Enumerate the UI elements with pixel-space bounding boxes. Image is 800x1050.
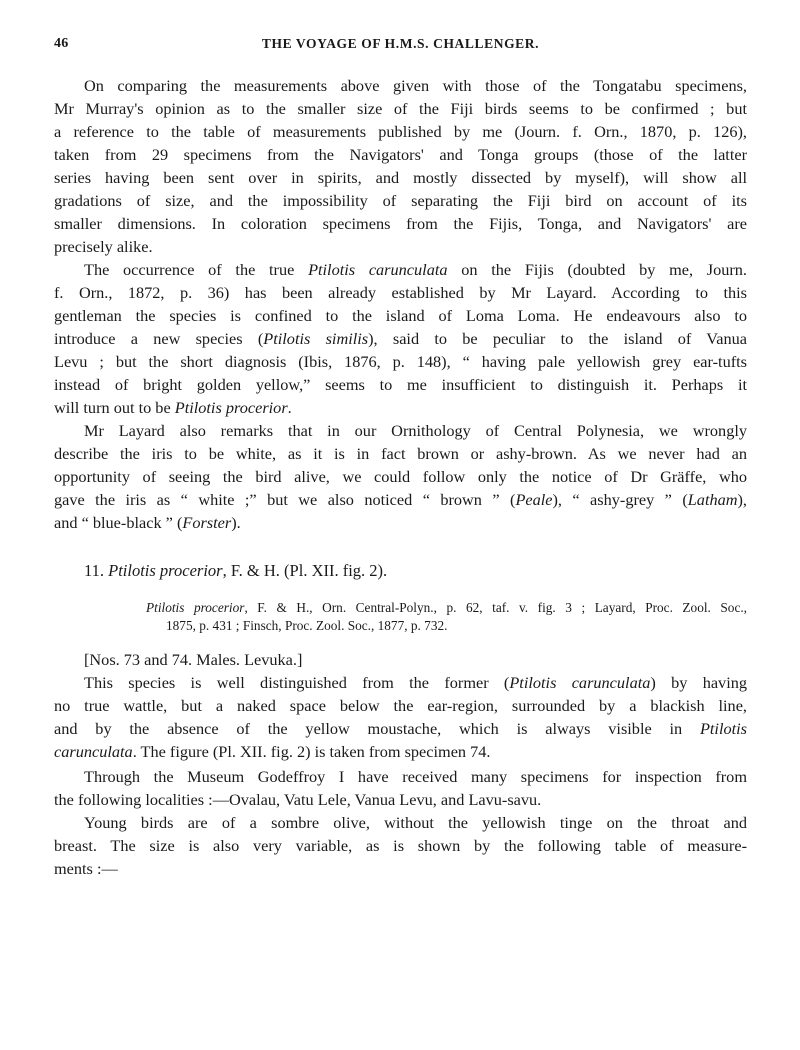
species-name: Ptilotis procerior	[146, 600, 244, 615]
author-name: Forster	[182, 513, 231, 532]
text-line: series having been sent over in spirits,…	[54, 168, 747, 188]
text-line: gave the iris as “ white ;” but we also …	[54, 490, 747, 510]
text-line: a reference to the table of measurements…	[54, 122, 747, 142]
text-run: gave the iris as “ white ;” but we also …	[54, 490, 515, 509]
text-line: gentleman the species is confined to the…	[54, 306, 747, 326]
text-line: Through the Museum Godeffroy I have rece…	[84, 767, 747, 787]
text-line: taken from 29 specimens from the Navigat…	[54, 145, 747, 165]
text-line: describe the iris to be white, as it is …	[54, 444, 747, 464]
text-line: gradations of size, and the impossibilit…	[54, 191, 747, 211]
text-line: This species is well distinguished from …	[84, 673, 747, 693]
text-run: ),	[738, 490, 748, 509]
text-run: introduce a new species (	[54, 329, 263, 348]
text-line: The occurrence of the true Ptilotis caru…	[84, 260, 747, 280]
text-run: will turn out to be	[54, 398, 175, 417]
species-name: carunculata	[54, 742, 133, 761]
text-line: precisely alike.	[54, 237, 747, 257]
text-line: no true wattle, but a naked space below …	[54, 696, 747, 716]
specimens-note: [Nos. 73 and 74. Males. Levuka.]	[84, 650, 302, 670]
text-run: ).	[231, 513, 241, 532]
text-line: Mr Murray's opinion as to the smaller si…	[54, 99, 747, 119]
running-head: 46 THE VOYAGE OF H.M.S. CHALLENGER.	[54, 36, 747, 56]
text-line: introduce a new species (Ptilotis simili…	[54, 329, 747, 349]
text-line: and “ blue-black ” (Forster).	[54, 513, 747, 533]
text-line: On comparing the measurements above give…	[84, 76, 747, 96]
text-line: ments :—	[54, 859, 747, 879]
text-line: f. Orn., 1872, p. 36) has been already e…	[54, 283, 747, 303]
text-run: on the Fijis (doubted by me, Journ.	[448, 260, 748, 279]
text-line: opportunity of seeing the bird alive, we…	[54, 467, 747, 487]
text-line: Levu ; but the short diagnosis (Ibis, 18…	[54, 352, 747, 372]
text-line: will turn out to be Ptilotis procerior.	[54, 398, 747, 418]
text-run: , F. & H., Orn. Central-Polyn., p. 62, t…	[244, 600, 747, 615]
author-name: Peale	[515, 490, 552, 509]
species-name: Ptilotis carunculata	[509, 673, 650, 692]
species-authority: , F. & H. (Pl. XII. fig. 2).	[223, 561, 388, 580]
species-name: Ptilotis procerior	[108, 561, 222, 580]
species-name: Ptilotis similis	[263, 329, 368, 348]
running-title: THE VOYAGE OF H.M.S. CHALLENGER.	[54, 36, 747, 52]
author-name: Latham	[688, 490, 738, 509]
species-name: Ptilotis	[700, 719, 747, 738]
text-line: the following localities :—Ovalau, Vatu …	[54, 790, 747, 810]
species-heading: 11. Ptilotis procerior, F. & H. (Pl. XII…	[84, 561, 387, 581]
text-run: This species is well distinguished from …	[84, 673, 509, 692]
text-run: . The figure (Pl. XII. fig. 2) is taken …	[133, 742, 491, 761]
text-run: The occurrence of the true	[84, 260, 308, 279]
text-line: Young birds are of a sombre olive, witho…	[84, 813, 747, 833]
text-run: .	[288, 398, 292, 417]
book-page: 46 THE VOYAGE OF H.M.S. CHALLENGER. On c…	[0, 0, 800, 1050]
synonymy-line: Ptilotis procerior, F. & H., Orn. Centra…	[146, 598, 747, 618]
text-run: ) by having	[650, 673, 747, 692]
text-run: and “ blue-black ” (	[54, 513, 182, 532]
species-name: Ptilotis carunculata	[308, 260, 447, 279]
text-line: carunculata. The figure (Pl. XII. fig. 2…	[54, 742, 747, 762]
text-run: ), “ ashy-grey ” (	[553, 490, 688, 509]
text-line: and by the absence of the yellow moustac…	[54, 719, 747, 739]
text-run: and by the absence of the yellow moustac…	[54, 719, 700, 738]
text-line: breast. The size is also very variable, …	[54, 836, 747, 856]
species-name: Ptilotis procerior	[175, 398, 288, 417]
text-line: instead of bright golden yellow,” seems …	[54, 375, 747, 395]
text-line: smaller dimensions. In coloration specim…	[54, 214, 747, 234]
synonymy-line: 1875, p. 431 ; Finsch, Proc. Zool. Soc.,…	[166, 616, 447, 636]
species-number: 11.	[84, 561, 108, 580]
text-line: Mr Layard also remarks that in our Ornit…	[84, 421, 747, 441]
text-run: ), said to be peculiar to the island of …	[368, 329, 747, 348]
